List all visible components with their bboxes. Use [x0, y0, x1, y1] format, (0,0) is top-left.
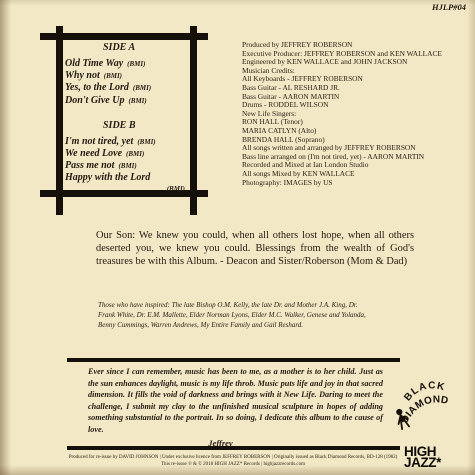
track-title: Why not: [65, 70, 100, 81]
side-b-label: SIDE B: [103, 120, 187, 131]
rights-org-label: (BMI): [127, 60, 145, 68]
credits-list: Produced by JEFFREY ROBERSON Executive P…: [242, 41, 472, 187]
rights-org-label: (BMI): [104, 72, 122, 80]
track-title: I'm not tired, yet: [65, 136, 133, 147]
track-title: Pass me not: [65, 160, 114, 171]
svg-text:DIAMOND: DIAMOND: [395, 388, 454, 428]
rights-org-label: (BMI): [137, 138, 155, 146]
track-row: We need Love(BMI): [65, 148, 187, 160]
track-title: Don't Give Up: [65, 95, 124, 106]
credit-line: Photography: IMAGES by US: [242, 179, 472, 188]
black-diamond-logo: BLACK DIAMOND: [386, 372, 460, 438]
high-jazz-logo: HIGH JAZZ*: [404, 446, 441, 468]
track-row: Happy with the Lord(BMI): [65, 172, 187, 194]
track-title: We need Love: [65, 148, 122, 159]
track-row: Don't Give Up(BMI): [65, 95, 187, 107]
rights-org-label: (BMI): [118, 162, 136, 170]
track-title: Old Time Way: [65, 58, 123, 69]
parents-dedication-text: Our Son: We knew you could, when all oth…: [96, 229, 414, 269]
tracklist-frame-top: [40, 33, 208, 40]
artist-statement: Ever since I can remember, music has bee…: [88, 366, 383, 448]
tracklist: SIDE A Old Time Way(BMI) Why not(BMI) Ye…: [65, 42, 187, 195]
fine-print-line-2: This re-issue ℗ & © 2018 HIGH JAZZ* Reco…: [58, 462, 408, 469]
black-diamond-arc-bottom-text: DIAMOND: [395, 388, 454, 428]
rights-org-label: (BMI): [126, 150, 144, 158]
artist-statement-text: Ever since I can remember, music has bee…: [88, 367, 383, 434]
divider-rule-top: [67, 358, 400, 362]
track-row: I'm not tired, yet(BMI): [65, 136, 187, 148]
track-row: Pass me not(BMI): [65, 160, 187, 172]
rights-org-label: (BMI): [133, 84, 151, 92]
high-jazz-logo-line-2: JAZZ*: [404, 457, 441, 468]
track-title: Yes, to the Lord: [65, 82, 129, 93]
tracklist-frame-right: [190, 26, 197, 215]
track-row: Old Time Way(BMI): [65, 58, 187, 70]
fine-print: Produced for re-issue by DAVID JOHNSON |…: [58, 455, 408, 469]
tracklist-frame-left: [56, 26, 63, 215]
album-back-cover: HJLP#04 SIDE A Old Time Way(BMI) Why not…: [0, 0, 475, 475]
side-a-label: SIDE A: [103, 42, 187, 53]
rights-org-label: (BMI): [69, 184, 185, 195]
catalog-number: HJLP#04: [432, 2, 466, 12]
divider-rule-bottom: [67, 446, 400, 450]
track-row: Yes, to the Lord(BMI): [65, 82, 187, 94]
inspiration-text: Those who have inspired: The late Bishop…: [98, 300, 372, 331]
track-title: Happy with the Lord: [65, 172, 150, 183]
fine-print-line-1: Produced for re-issue by DAVID JOHNSON |…: [58, 455, 408, 462]
track-row: Why not(BMI): [65, 70, 187, 82]
rights-org-label: (BMI): [128, 97, 146, 105]
